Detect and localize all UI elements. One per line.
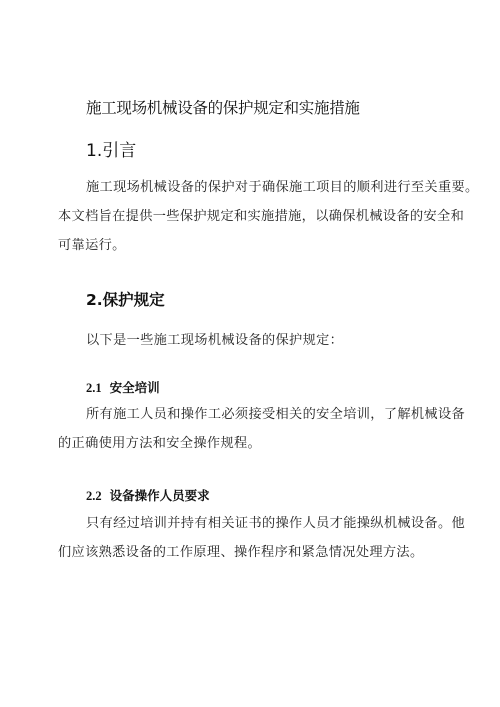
- subsection-heading-operator-requirements: 2.2设备操作人员要求: [86, 486, 210, 504]
- subsection-heading-safety-training: 2.1安全培训: [86, 378, 160, 396]
- paragraph-line: 以下是一些施工现场机械设备的保护规定：: [58, 326, 343, 355]
- paragraph-line: 本文档旨在提供一些保护规定和实施措施，以确保机械设备的安全和: [58, 202, 479, 231]
- paragraph-line: 只有经过培训并持有相关证书的操作人员才能操纵机械设备。他: [58, 509, 465, 538]
- paragraph-line: 所有施工人员和操作工必须接受相关的安全培训，了解机械设备: [58, 400, 465, 429]
- safety-training-paragraph: 所有施工人员和操作工必须接受相关的安全培训，了解机械设备 的正确使用方法和安全操…: [58, 400, 465, 458]
- protection-rules-lead-paragraph: 以下是一些施工现场机械设备的保护规定：: [58, 326, 343, 355]
- operator-requirements-paragraph: 只有经过培训并持有相关证书的操作人员才能操纵机械设备。他 们应该熟悉设备的工作原…: [58, 509, 465, 567]
- subsection-title: 安全培训: [110, 380, 160, 395]
- section-heading-introduction: 1.引言: [86, 136, 136, 161]
- subsection-number: 2.1: [86, 381, 102, 395]
- paragraph-line: 施工现场机械设备的保护对于确保施工项目的顺利进行至关重要。: [58, 173, 479, 202]
- paragraph-line: 们应该熟悉设备的工作原理、操作程序和紧急情况处理方法。: [58, 538, 465, 567]
- paragraph-line: 的正确使用方法和安全操作规程。: [58, 429, 465, 458]
- section-heading-protection-rules: 2.保护规定: [86, 288, 165, 310]
- subsection-number: 2.2: [86, 489, 102, 503]
- paragraph-line: 可靠运行。: [58, 231, 479, 260]
- document-page: 施工现场机械设备的保护规定和实施措施 1.引言 施工现场机械设备的保护对于确保施…: [0, 0, 500, 707]
- introduction-paragraph: 施工现场机械设备的保护对于确保施工项目的顺利进行至关重要。 本文档旨在提供一些保…: [58, 173, 479, 260]
- subsection-title: 设备操作人员要求: [110, 488, 210, 503]
- document-title: 施工现场机械设备的保护规定和实施措施: [86, 96, 360, 118]
